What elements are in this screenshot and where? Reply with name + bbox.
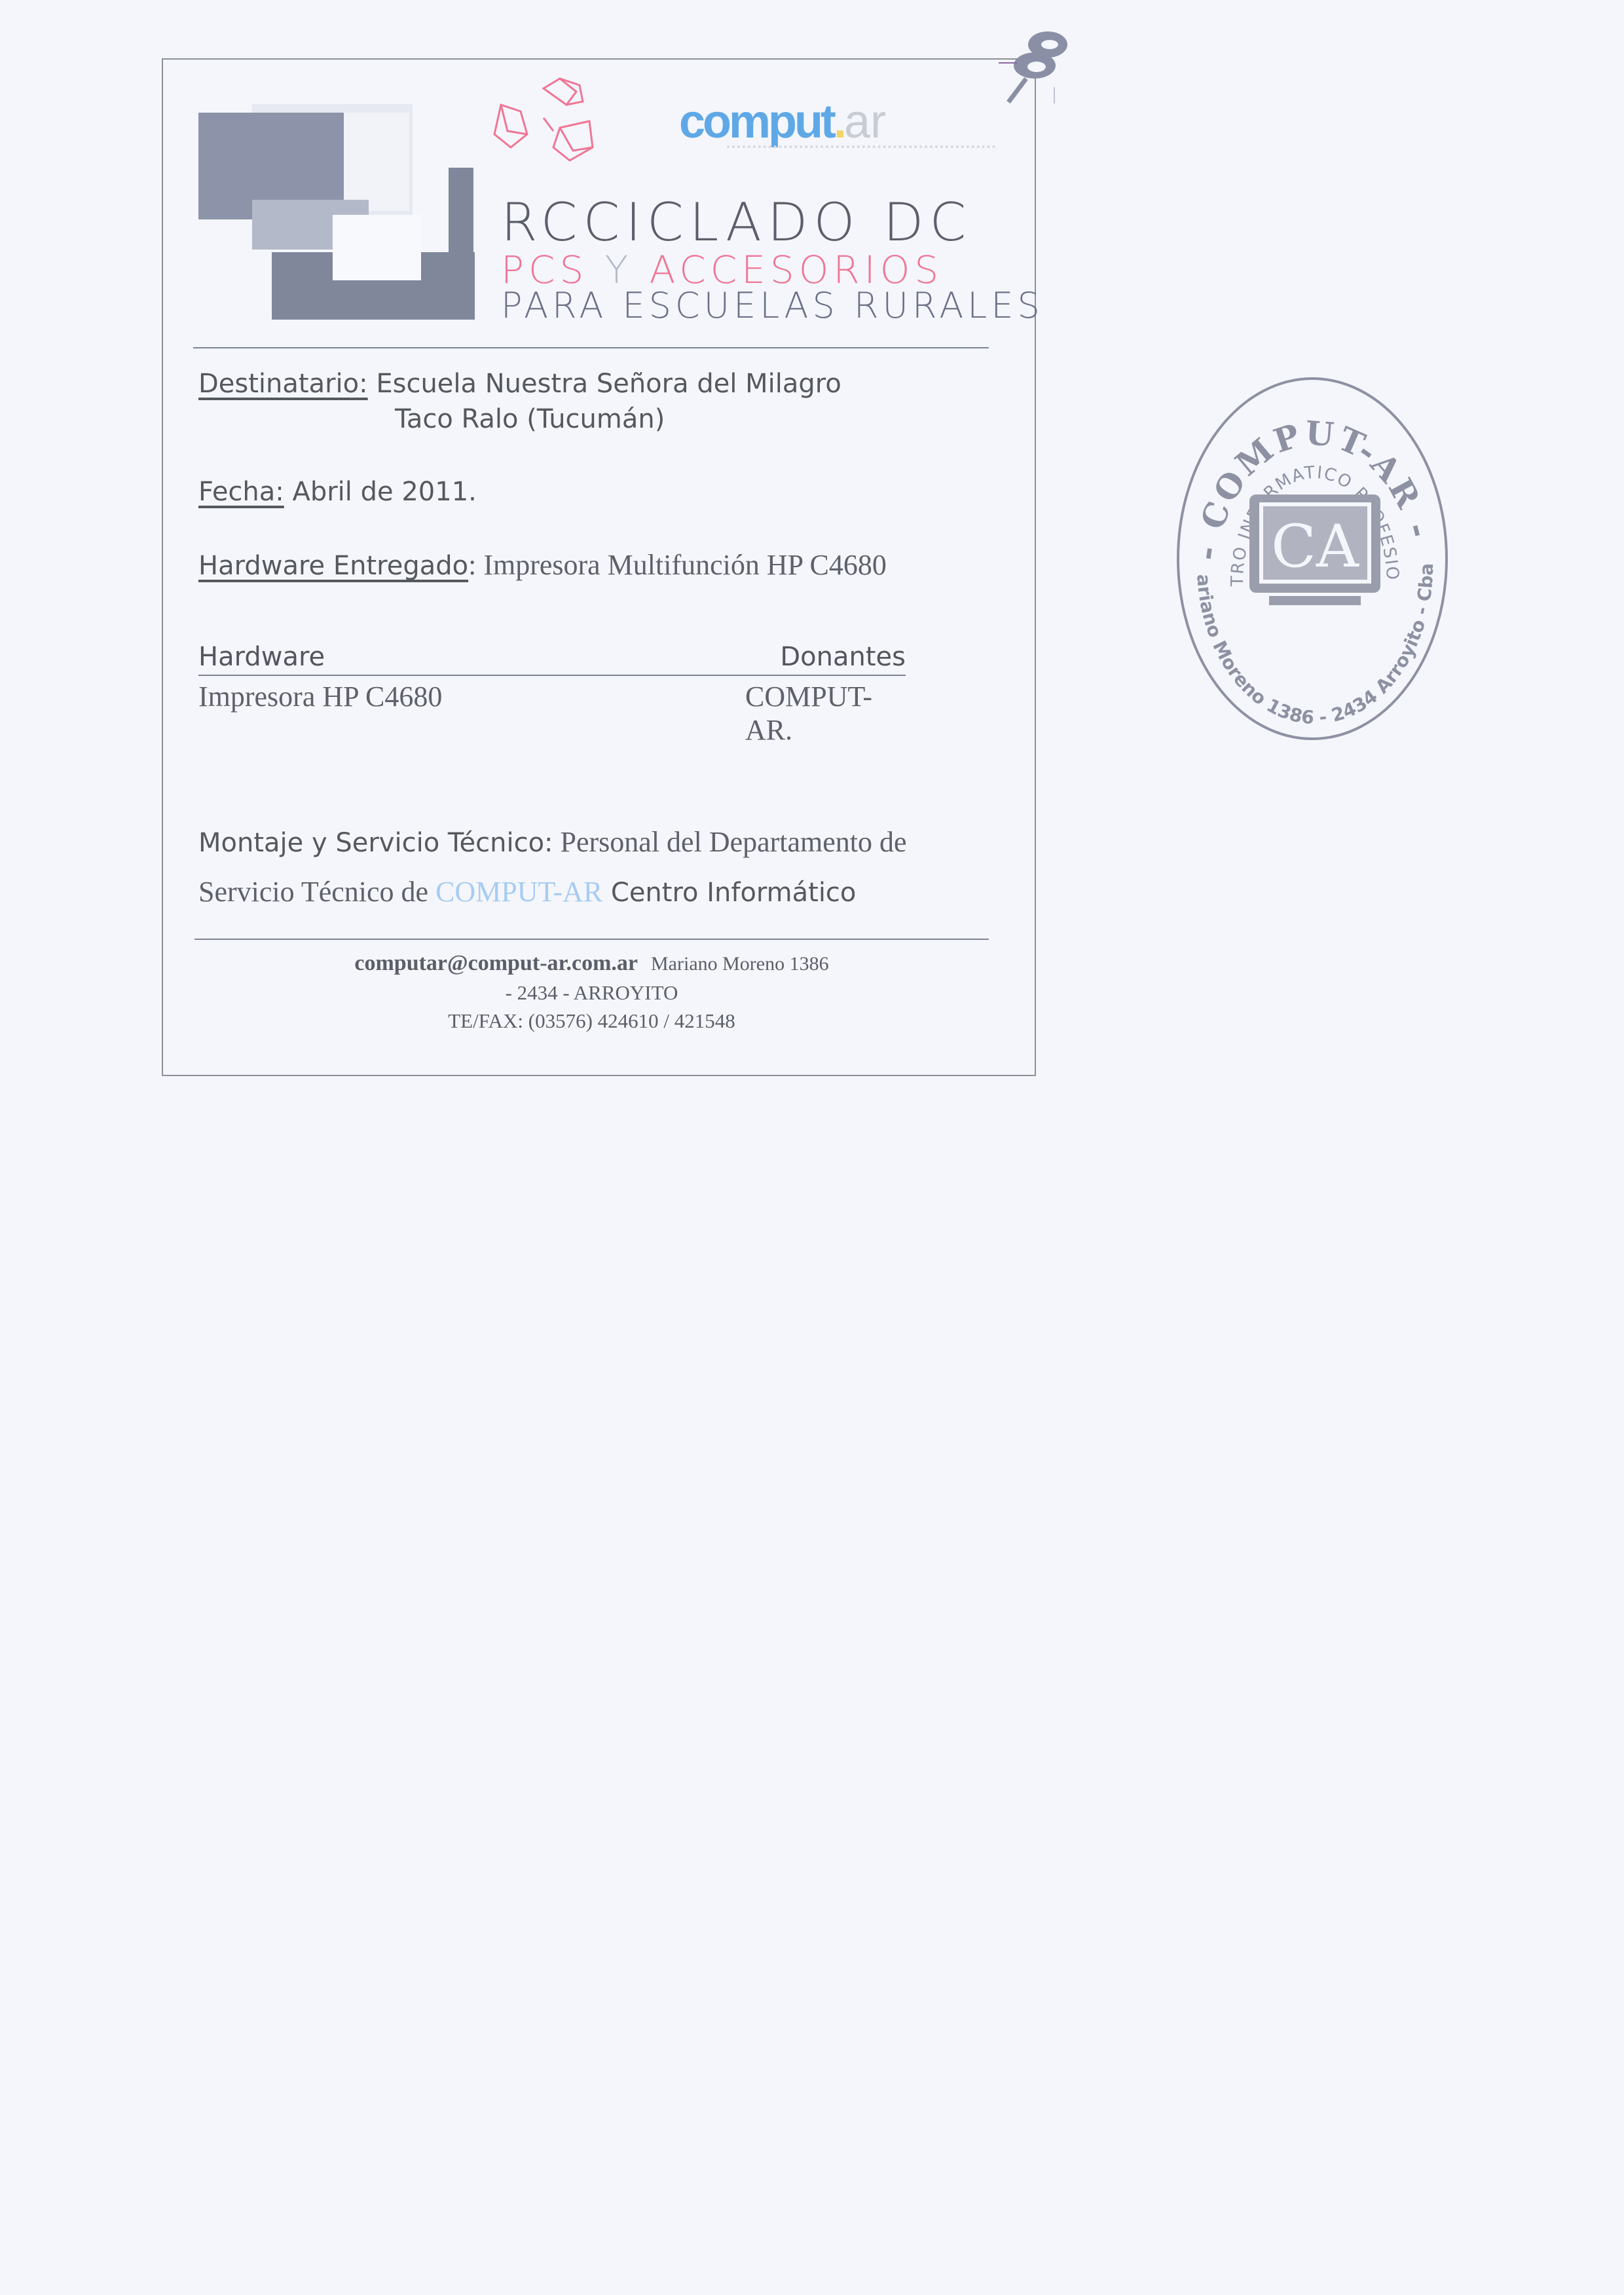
fecha-label: Fecha: (198, 477, 284, 507)
hardware-entregado-field: Hardware Entregado: Impresora Multifunci… (198, 548, 887, 582)
company-stamp: - COMPUT-AR - CENTRO INFORMATICO PROFESI… (1171, 370, 1454, 747)
footer-phone: TE/FAX: (03576) 424610 / 421548 (194, 1007, 989, 1036)
logo-suffix: ar (844, 96, 886, 148)
destinatario-value: Escuela Nuestra Señora del Milagro (376, 369, 841, 399)
hardware-entregado-label: Hardware Entregado (198, 551, 468, 581)
hardware-table-header: Hardware Donantes (198, 642, 906, 676)
cell-donante: COMPUT-AR. (745, 680, 906, 747)
footer-city: - 2434 - ARROYITO (194, 979, 989, 1007)
hardware-table: Hardware Donantes Impresora HP C4680 COM… (198, 642, 906, 713)
title-line-2: PCS Y ACCESORIOS (501, 251, 943, 289)
header-hardware: Hardware (198, 642, 325, 672)
header-donantes: Donantes (780, 642, 906, 672)
monitor-icon: CA (1249, 494, 1380, 605)
recycle-icon (481, 75, 625, 177)
footer-address: Mariano Moreno 1386 (651, 953, 829, 975)
montaje-field: Montaje y Servicio Técnico: Personal del… (198, 825, 907, 859)
montaje-value-line2: Servicio Técnico de COMPUT-AR Centro Inf… (198, 875, 856, 908)
montaje-label: Montaje y Servicio Técnico: (198, 828, 553, 858)
title-line-1: RCCICLADO DC (501, 196, 972, 249)
footer-divider (194, 939, 989, 940)
montaje-value-line1: Personal del Departamento de (553, 826, 907, 858)
destinatario-label: Destinatario: (198, 369, 368, 399)
computar-brand-text: COMPUT-AR (435, 876, 602, 908)
footer: computar@comput-ar.com.arMariano Moreno … (194, 948, 989, 1035)
fecha-value: Abril de 2011. (292, 477, 476, 507)
destinatario-value-line2: Taco Ralo (Tucumán) (395, 404, 665, 434)
comput-ar-logo: comput.ar (679, 98, 886, 145)
title-line-3: PARA ESCUELAS RURALES (501, 288, 1044, 324)
cell-hardware: Impresora HP C4680 (198, 680, 442, 713)
logo-tagline (727, 145, 995, 152)
hardware-entregado-value: : Impresora Multifunción HP C4680 (468, 549, 887, 581)
logo-brand: comput (679, 96, 834, 148)
fecha-field: Fecha: Abril de 2011. (198, 477, 477, 507)
pushpin-icon (999, 25, 1071, 103)
header-divider (193, 347, 989, 348)
svg-text:CA: CA (1271, 512, 1359, 581)
destinatario-field: Destinatario: Escuela Nuestra Señora del… (198, 369, 841, 399)
footer-email: computar@comput-ar.com.ar (354, 951, 638, 975)
table-row: Impresora HP C4680 COMPUT-AR. (198, 676, 906, 713)
